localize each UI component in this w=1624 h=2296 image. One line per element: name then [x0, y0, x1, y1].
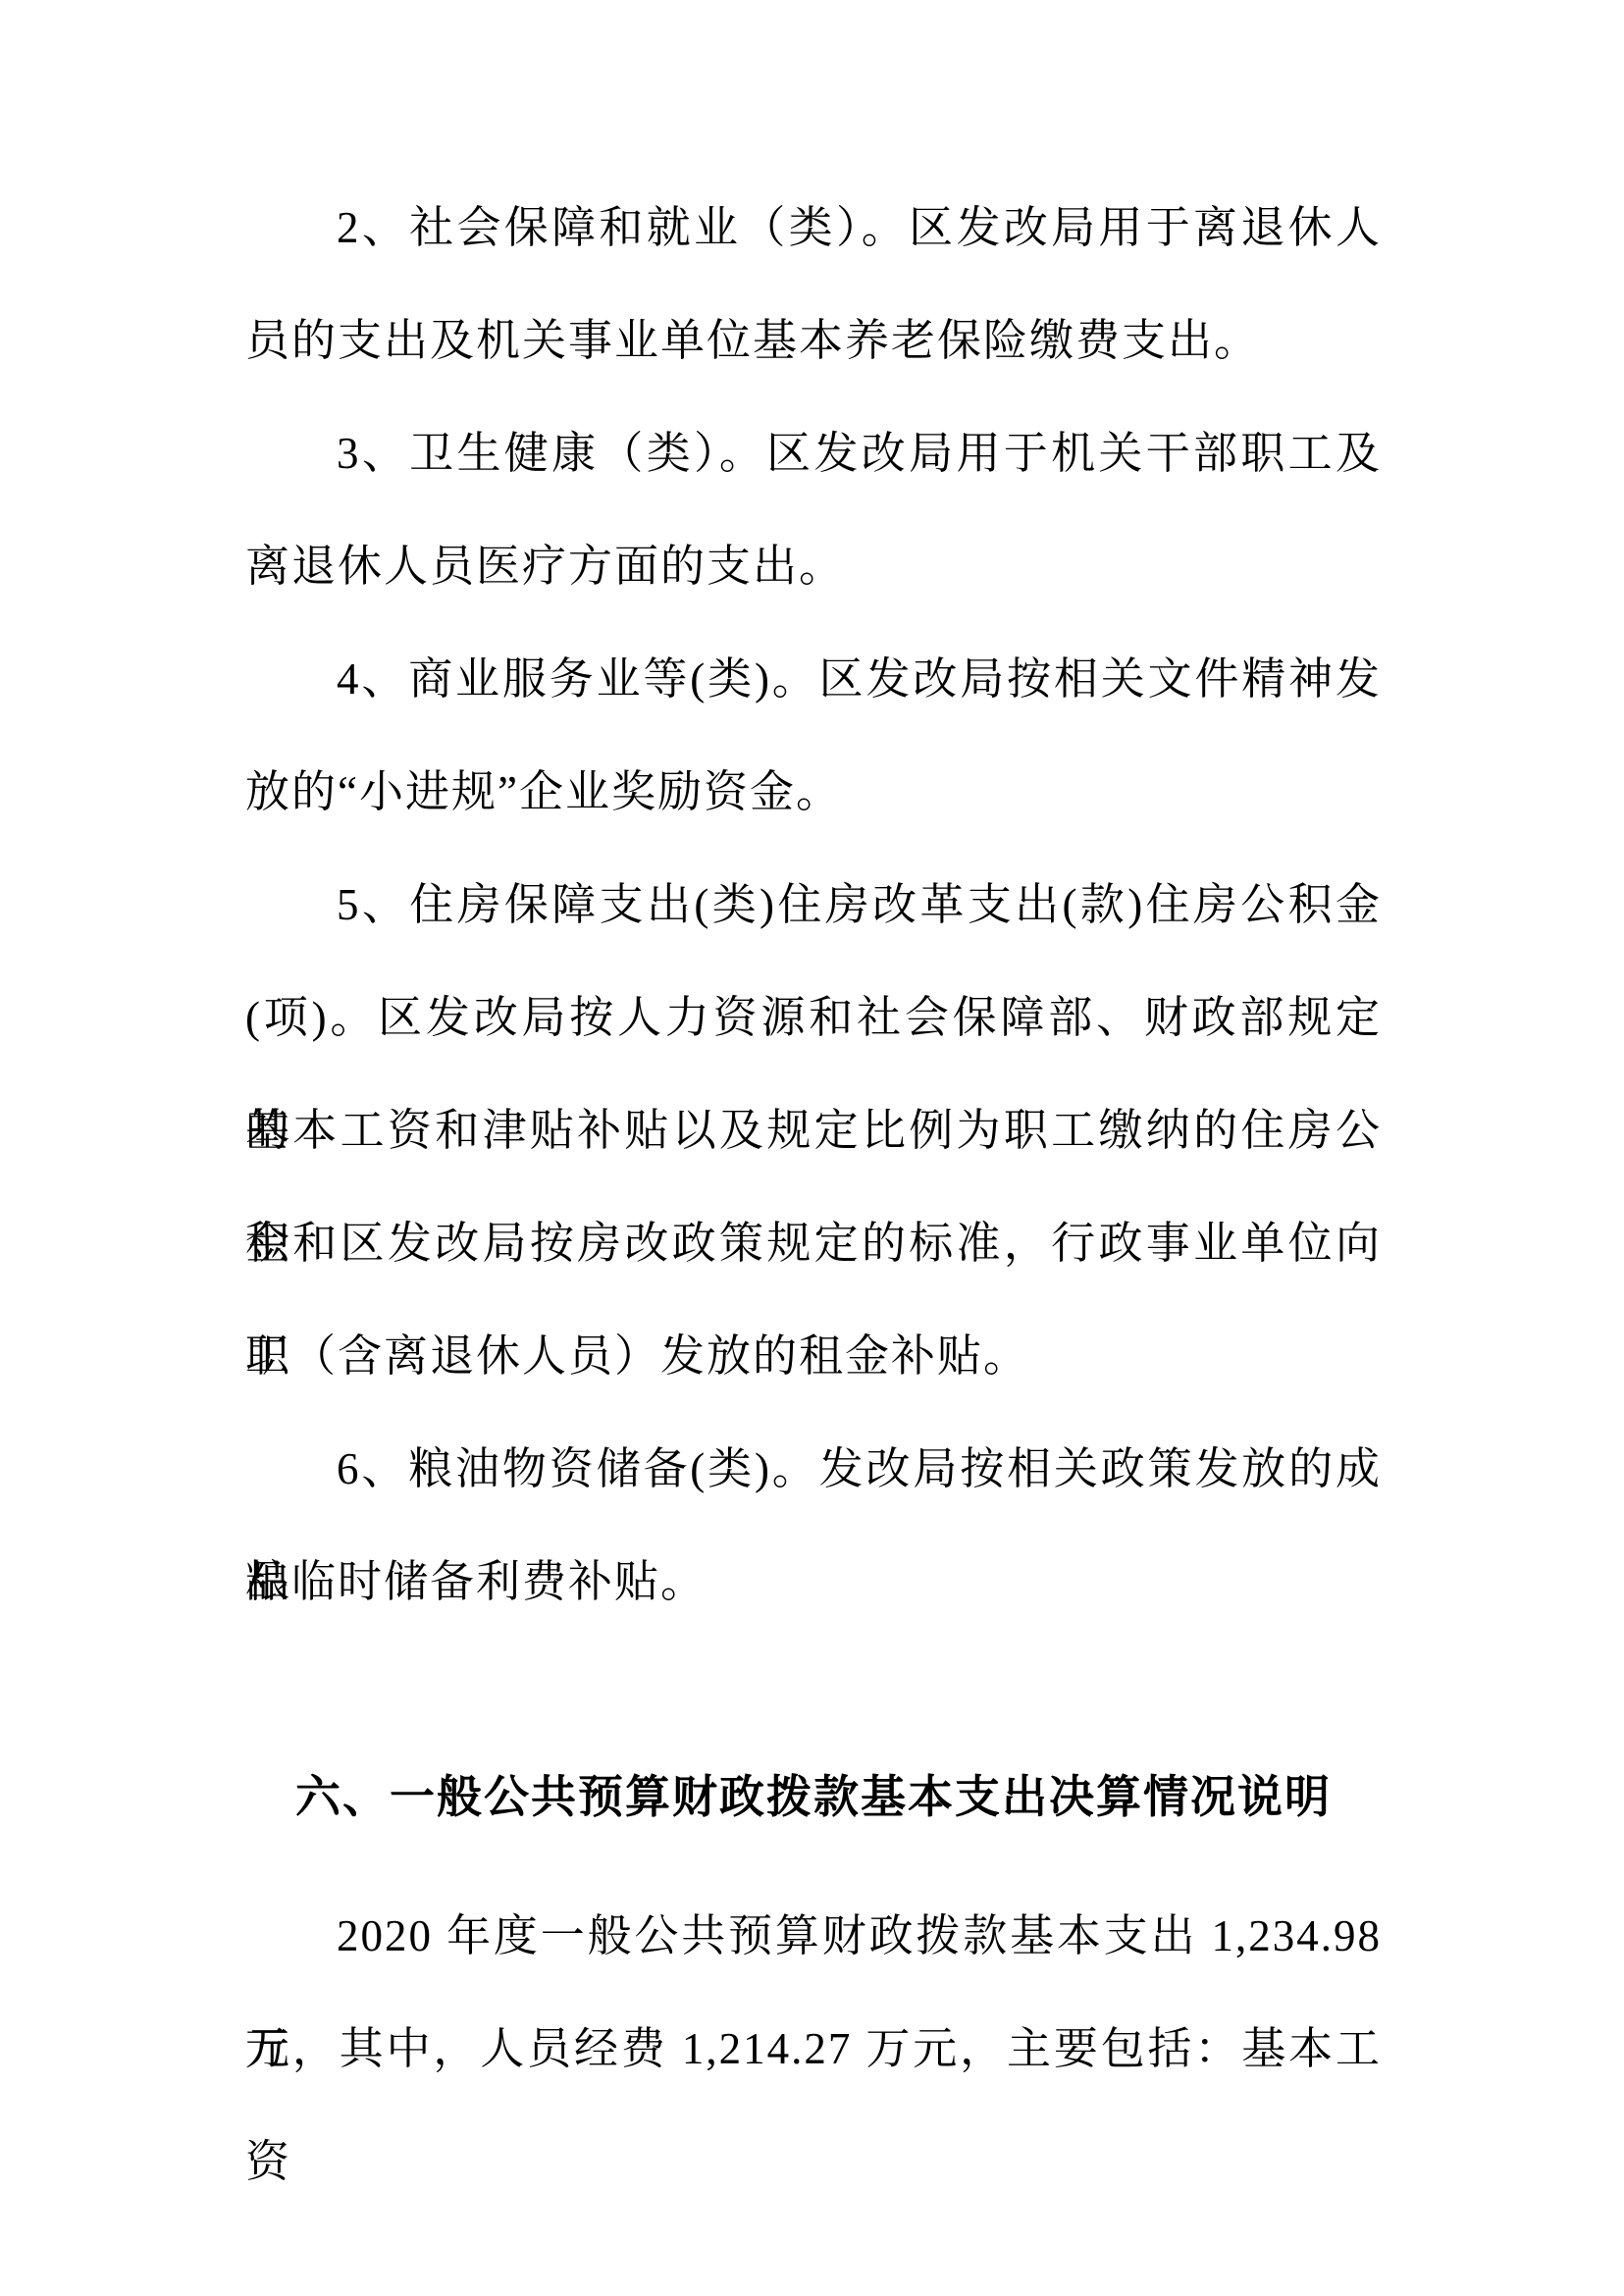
paragraph-line: 离退休人员医疗方面的支出。: [245, 510, 1382, 623]
paragraph-line: 工（含离退休人员）发放的租金补贴。: [245, 1300, 1382, 1413]
paragraph-line: (项)。区发改局按人力资源和社会保障部、财政部规定的: [245, 962, 1382, 1074]
section-heading: 六、一般公共预算财政拨款基本支出决算情况说明: [245, 1741, 1382, 1853]
paragraph-line: 2020 年度一般公共预算财政拨款基本支出 1,234.98 万: [245, 1880, 1382, 1993]
paragraph-line: 放的“小进规”企业奖励资金。: [245, 736, 1382, 849]
paragraph-line: 5、住房保障支出(类)住房改革支出(款)住房公积金: [245, 849, 1382, 962]
paragraph-line: 6、粮油物资储备(类)。发改局按相关政策发放的成品: [245, 1413, 1382, 1526]
paragraph-line: 金和区发改局按房改政策规定的标准，行政事业单位向职: [245, 1187, 1382, 1300]
paragraph-line: 3、卫生健康（类）。区发改局用于机关干部职工及: [245, 397, 1382, 510]
paragraph-line: 元，其中，人员经费 1,214.27 万元，主要包括：基本工资: [245, 1993, 1382, 2106]
paragraph-line: 4、商业服务业等(类)。区发改局按相关文件精神发: [245, 623, 1382, 736]
paragraph-line: 2、社会保障和就业（类）。区发改局用于离退休人: [245, 172, 1382, 285]
document-page: 2、社会保障和就业（类）。区发改局用于离退休人 员的支出及机关事业单位基本养老保…: [0, 0, 1624, 2296]
document-content: 2、社会保障和就业（类）。区发改局用于离退休人 员的支出及机关事业单位基本养老保…: [245, 172, 1382, 2106]
paragraph-line: 基本工资和津贴补贴以及规定比例为职工缴纳的住房公积: [245, 1074, 1382, 1187]
paragraph-line: 员的支出及机关事业单位基本养老保险缴费支出。: [245, 285, 1382, 397]
paragraph-line: 粮临时储备利费补贴。: [245, 1526, 1382, 1639]
